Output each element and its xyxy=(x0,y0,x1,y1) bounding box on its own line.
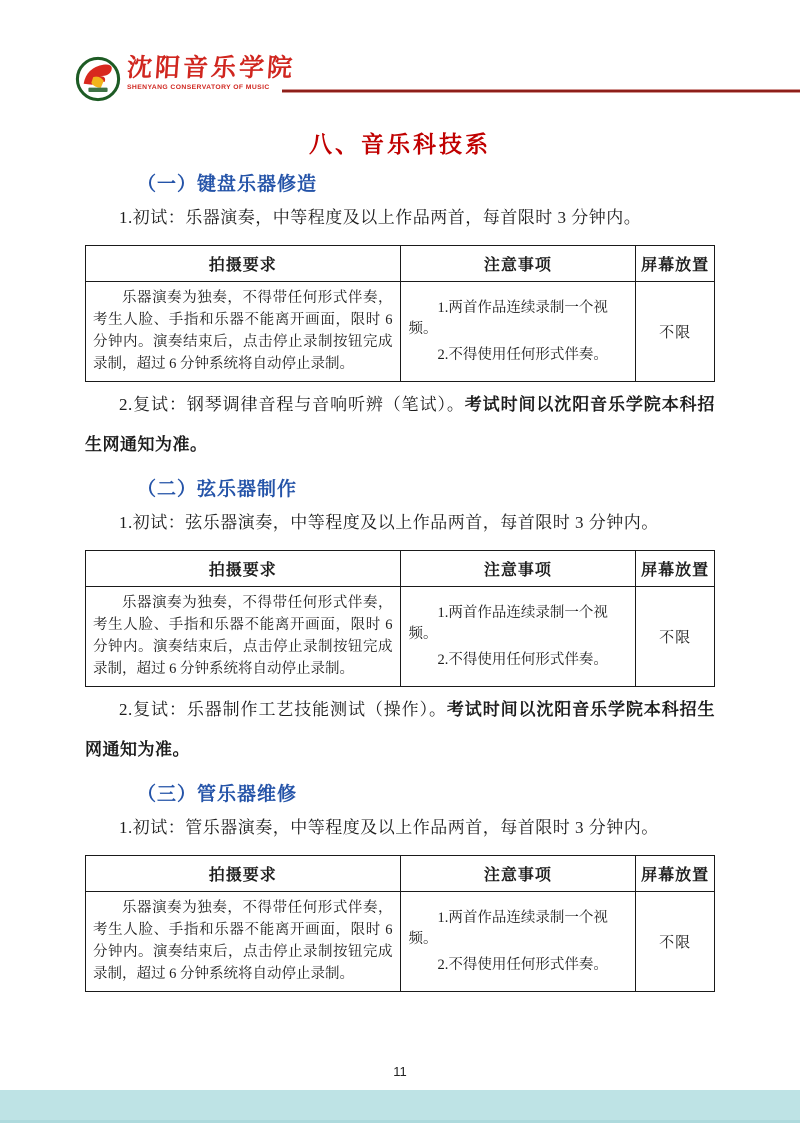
table-row: 乐器演奏为独奏，不得带任何形式伴奏，考生人脸、手指和乐器不能离开画面，限时 6 … xyxy=(86,892,715,992)
shooting-requirements-cell: 乐器演奏为独奏，不得带任何形式伴奏，考生人脸、手指和乐器不能离开画面，限时 6 … xyxy=(86,587,401,687)
note-line-2: 2.不得使用任何形式伴奏。 xyxy=(409,955,628,976)
note-line-2: 2.不得使用任何形式伴奏。 xyxy=(409,345,628,366)
section-heading-1: （一）键盘乐器修造 xyxy=(137,173,715,197)
screen-placement-cell: 不限 xyxy=(636,587,715,687)
note-line-1: 1.两首作品连续录制一个视频。 xyxy=(409,298,628,340)
document-content: 八、音乐科技系 （一）键盘乐器修造 1.初试：乐器演奏，中等程度及以上作品两首，… xyxy=(85,106,715,995)
table-header-row: 拍摄要求 注意事项 屏幕放置 xyxy=(86,551,715,587)
second-test-text-1: 2.复试：钢琴调律音程与音响听辨（笔试）。 xyxy=(119,395,465,414)
screen-placement-cell: 不限 xyxy=(636,892,715,992)
logo-text: 沈阳音乐学院 SHENYANG CONSERVATORY OF MUSIC xyxy=(127,56,295,91)
notes-cell: 1.两首作品连续录制一个视频。 2.不得使用任何形式伴奏。 xyxy=(400,282,636,382)
second-test-text-2: 2.复试：乐器制作工艺技能测试（操作）。 xyxy=(119,700,447,719)
col-header-shooting-requirements: 拍摄要求 xyxy=(86,551,401,587)
header-rule xyxy=(282,89,800,93)
table-header-row: 拍摄要求 注意事项 屏幕放置 xyxy=(86,856,715,892)
col-header-screen-placement: 屏幕放置 xyxy=(636,551,715,587)
bottom-accent-bar xyxy=(0,1090,800,1123)
shooting-requirements-cell: 乐器演奏为独奏，不得带任何形式伴奏，考生人脸、手指和乐器不能离开画面，限时 6 … xyxy=(86,282,401,382)
table-row: 乐器演奏为独奏，不得带任何形式伴奏，考生人脸、手指和乐器不能离开画面，限时 6 … xyxy=(86,282,715,382)
table-header-row: 拍摄要求 注意事项 屏幕放置 xyxy=(86,246,715,282)
document-page: 沈阳音乐学院 SHENYANG CONSERVATORY OF MUSIC 八、… xyxy=(0,0,800,1123)
col-header-shooting-requirements: 拍摄要求 xyxy=(86,856,401,892)
note-line-1: 1.两首作品连续录制一个视频。 xyxy=(409,908,628,950)
col-header-screen-placement: 屏幕放置 xyxy=(636,856,715,892)
exam-table-2: 拍摄要求 注意事项 屏幕放置 乐器演奏为独奏，不得带任何形式伴奏，考生人脸、手指… xyxy=(85,550,715,687)
exam-table-1: 拍摄要求 注意事项 屏幕放置 乐器演奏为独奏，不得带任何形式伴奏，考生人脸、手指… xyxy=(85,245,715,382)
notes-cell: 1.两首作品连续录制一个视频。 2.不得使用任何形式伴奏。 xyxy=(400,892,636,992)
first-test-text-1: 1.初试：乐器演奏，中等程度及以上作品两首，每首限时 3 分钟内。 xyxy=(119,208,641,227)
section-heading-2: （二）弦乐器制作 xyxy=(137,478,715,502)
table-row: 乐器演奏为独奏，不得带任何形式伴奏，考生人脸、手指和乐器不能离开画面，限时 6 … xyxy=(86,587,715,687)
first-test-paragraph-3: 1.初试：管乐器演奏，中等程度及以上作品两首，每首限时 3 分钟内。 xyxy=(85,808,715,848)
second-test-paragraph-1: 2.复试：钢琴调律音程与音响听辨（笔试）。考试时间以沈阳音乐学院本科招生网通知为… xyxy=(85,385,715,465)
col-header-screen-placement: 屏幕放置 xyxy=(636,246,715,282)
section-heading-3: （三）管乐器维修 xyxy=(137,783,715,807)
second-test-paragraph-2: 2.复试：乐器制作工艺技能测试（操作）。考试时间以沈阳音乐学院本科招生网通知为准… xyxy=(85,690,715,770)
col-header-notes: 注意事项 xyxy=(400,856,636,892)
col-header-notes: 注意事项 xyxy=(400,246,636,282)
conservatory-logo-icon xyxy=(75,56,121,102)
first-test-text-2: 1.初试：弦乐器演奏，中等程度及以上作品两首，每首限时 3 分钟内。 xyxy=(119,513,659,532)
logo-english-name: SHENYANG CONSERVATORY OF MUSIC xyxy=(127,84,295,91)
exam-table-3: 拍摄要求 注意事项 屏幕放置 乐器演奏为独奏，不得带任何形式伴奏，考生人脸、手指… xyxy=(85,855,715,992)
shooting-requirements-cell: 乐器演奏为独奏，不得带任何形式伴奏，考生人脸、手指和乐器不能离开画面，限时 6 … xyxy=(86,892,401,992)
col-header-shooting-requirements: 拍摄要求 xyxy=(86,246,401,282)
note-line-1: 1.两首作品连续录制一个视频。 xyxy=(409,603,628,645)
notes-cell: 1.两首作品连续录制一个视频。 2.不得使用任何形式伴奏。 xyxy=(400,587,636,687)
page-header: 沈阳音乐学院 SHENYANG CONSERVATORY OF MUSIC xyxy=(75,56,800,106)
first-test-text-3: 1.初试：管乐器演奏，中等程度及以上作品两首，每首限时 3 分钟内。 xyxy=(119,818,659,837)
first-test-paragraph-1: 1.初试：乐器演奏，中等程度及以上作品两首，每首限时 3 分钟内。 xyxy=(85,198,715,238)
screen-placement-cell: 不限 xyxy=(636,282,715,382)
page-number: 11 xyxy=(0,1064,800,1079)
col-header-notes: 注意事项 xyxy=(400,551,636,587)
page-title: 八、音乐科技系 xyxy=(85,130,715,160)
logo-chinese-name: 沈阳音乐学院 xyxy=(126,56,296,82)
note-line-2: 2.不得使用任何形式伴奏。 xyxy=(409,650,628,671)
first-test-paragraph-2: 1.初试：弦乐器演奏，中等程度及以上作品两首，每首限时 3 分钟内。 xyxy=(85,503,715,543)
